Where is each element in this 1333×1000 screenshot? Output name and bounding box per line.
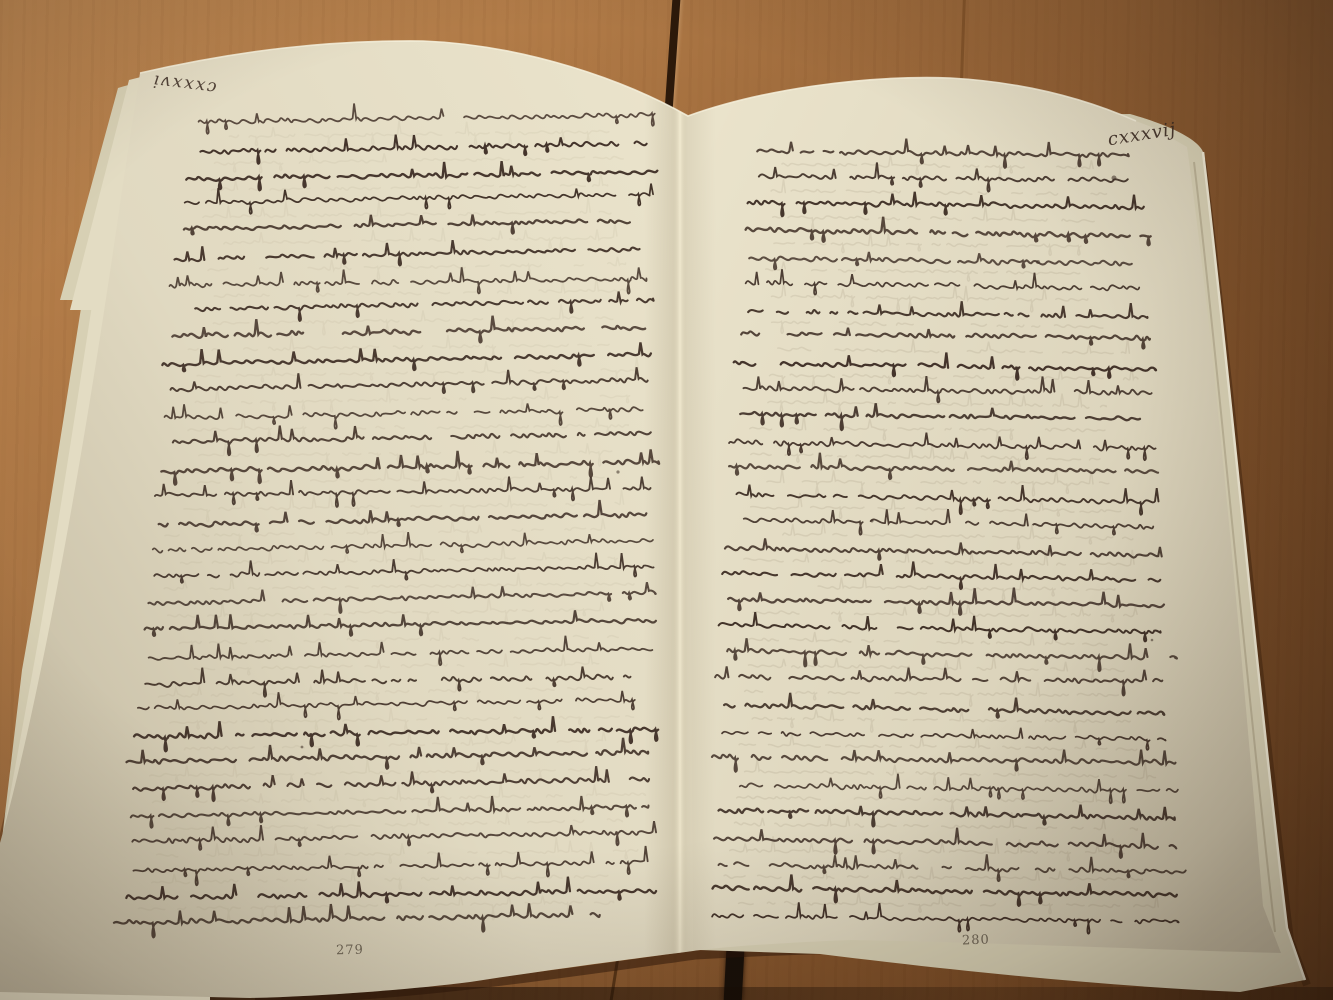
open-book xyxy=(0,0,1333,1000)
page-number-right: 280 xyxy=(962,933,990,949)
page-number-left: 279 xyxy=(336,943,364,958)
photo-open-book: cxxxvi cxxxvij 279 280 xyxy=(0,0,1333,1000)
